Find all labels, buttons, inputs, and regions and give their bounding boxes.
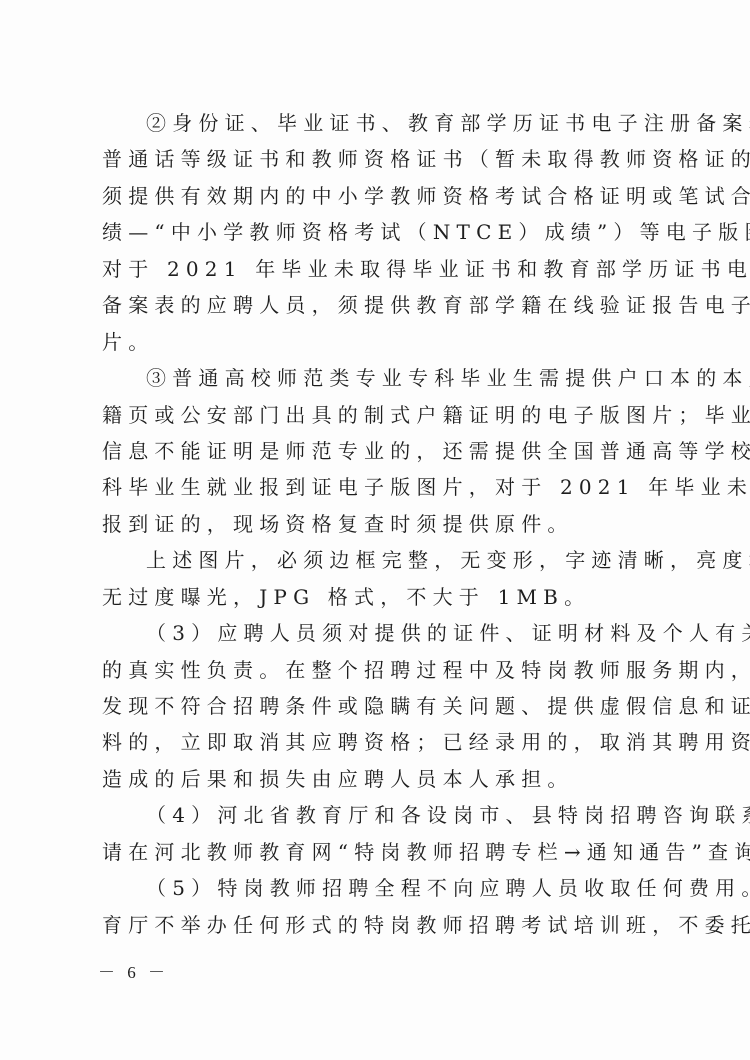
text-line: 报到证的，现场资格复查时须提供原件。 (102, 506, 654, 542)
page-number: － 6 － (98, 958, 169, 983)
text-line: 的真实性负责。在整个招聘过程中及特岗教师服务期内，一经 (102, 652, 654, 688)
paragraph-section-5: （5）特岗教师招聘全程不向应聘人员收取任何费用。省教 育厅不举办任何形式的特岗教… (102, 870, 654, 943)
paragraph-section-4: （4）河北省教育厅和各设岗市、县特岗招聘咨询联系方式 请在河北教师教育网“特岗教… (102, 797, 654, 870)
text-line: 普通话等级证书和教师资格证书（暂未取得教师资格证的人员， (102, 141, 654, 177)
text-line: 绩—“中小学教师资格考试（NTCE）成绩”）等电子版图片。 (102, 214, 654, 250)
text-line: 上述图片，必须边框完整，无变形，字迹清晰，亮度均匀， (102, 542, 654, 578)
document-page: ②身份证、毕业证书、教育部学历证书电子注册备案表、 普通话等级证书和教师资格证书… (0, 0, 750, 1060)
text-line: 无过度曝光，JPG 格式，不大于 1MB。 (102, 579, 654, 615)
text-line: ②身份证、毕业证书、教育部学历证书电子注册备案表、 (102, 105, 654, 141)
text-line: ③普通高校师范类专业专科毕业生需提供户口本的本人户 (102, 360, 654, 396)
text-line: （3）应聘人员须对提供的证件、证明材料及个人有关信息 (102, 615, 654, 651)
text-line: 须提供有效期内的中小学教师资格考试合格证明或笔试合格成 (102, 178, 654, 214)
text-line: 料的，立即取消其应聘资格；已经录用的，取消其聘用资格，所 (102, 724, 654, 760)
text-line: （5）特岗教师招聘全程不向应聘人员收取任何费用。省教 (102, 870, 654, 906)
text-line: 备案表的应聘人员，须提供教育部学籍在线验证报告电子版图 (102, 287, 654, 323)
text-line: 造成的后果和损失由应聘人员本人承担。 (102, 761, 654, 797)
text-line: 片。 (102, 324, 654, 360)
paragraph-item-3: ③普通高校师范类专业专科毕业生需提供户口本的本人户 籍页或公安部门出具的制式户籍… (102, 360, 654, 542)
text-line: 科毕业生就业报到证电子版图片，对于 2021 年毕业未取得就业 (102, 469, 654, 505)
paragraph-image-requirements: 上述图片，必须边框完整，无变形，字迹清晰，亮度均匀， 无过度曝光，JPG 格式，… (102, 542, 654, 615)
document-body: ②身份证、毕业证书、教育部学历证书电子注册备案表、 普通话等级证书和教师资格证书… (102, 105, 654, 943)
text-line: 发现不符合招聘条件或隐瞒有关问题、提供虚假信息和证明材 (102, 688, 654, 724)
text-line: 籍页或公安部门出具的制式户籍证明的电子版图片；毕业证书 (102, 397, 654, 433)
paragraph-section-3: （3）应聘人员须对提供的证件、证明材料及个人有关信息 的真实性负责。在整个招聘过… (102, 615, 654, 797)
text-line: 信息不能证明是师范专业的，还需提供全国普通高等学校本专 (102, 433, 654, 469)
text-line: 对于 2021 年毕业未取得毕业证书和教育部学历证书电子注册 (102, 251, 654, 287)
text-line: 请在河北教师教育网“特岗教师招聘专栏→通知通告”查询。 (102, 834, 654, 870)
text-line: 育厅不举办任何形式的特岗教师招聘考试培训班，不委托任何 (102, 907, 654, 943)
paragraph-item-2: ②身份证、毕业证书、教育部学历证书电子注册备案表、 普通话等级证书和教师资格证书… (102, 105, 654, 360)
text-line: （4）河北省教育厅和各设岗市、县特岗招聘咨询联系方式 (102, 797, 654, 833)
